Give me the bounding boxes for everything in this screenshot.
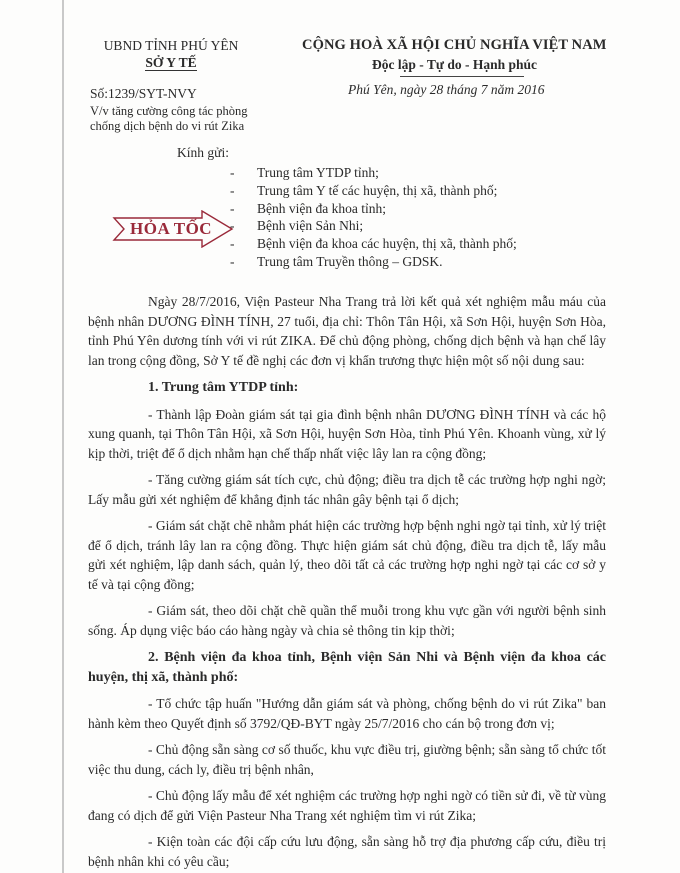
recipient-list: -Trung tâm YTDP tỉnh;-Trung tâm Y tế các… <box>230 164 517 271</box>
recipient-item: -Trung tâm YTDP tỉnh; <box>230 164 517 182</box>
list-dash: - <box>230 182 257 200</box>
section-item: - Thành lập Đoàn giám sát tại gia đình b… <box>88 405 606 464</box>
document-number: Số:1239/SYT-NVY <box>90 86 197 102</box>
addressee-label: Kính gửi: <box>177 145 229 161</box>
list-dash: - <box>230 164 257 182</box>
place-date: Phú Yên, ngày 28 tháng 7 năm 2016 <box>348 82 545 98</box>
document-subject: V/v tăng cường công tác phòng chống dịch… <box>90 104 247 134</box>
issuing-department: SỞ Y TẾ <box>90 55 252 71</box>
section-item: - Tổ chức tập huấn "Hướng dẫn giám sát v… <box>88 694 606 733</box>
recipient-item: -Bệnh viện đa khoa các huyện, thị xã, th… <box>230 235 517 253</box>
intro-paragraph: Ngày 28/7/2016, Viện Pasteur Nha Trang t… <box>88 292 606 370</box>
list-dash: - <box>230 217 257 235</box>
list-dash: - <box>230 200 257 218</box>
urgent-stamp: HỎA TỐC <box>112 210 234 248</box>
motto-underline <box>400 76 524 77</box>
section-heading: 1. Trung tâm YTDP tỉnh: <box>88 378 606 398</box>
section-heading: 2. Bệnh viện đa khoa tỉnh, Bệnh viện Sản… <box>88 648 606 687</box>
section-item: - Chủ động sẵn sàng cơ số thuốc, khu vực… <box>88 740 606 779</box>
section-item: - Giám sát, theo dõi chặt chẽ quần thể m… <box>88 601 606 640</box>
recipient-item: -Trung tâm Y tế các huyện, thị xã, thành… <box>230 182 517 200</box>
recipient-item: -Bệnh viện đa khoa tỉnh; <box>230 200 517 218</box>
national-title: CỘNG HOÀ XÃ HỘI CHỦ NGHĨA VIỆT NAM <box>302 37 607 54</box>
list-dash: - <box>230 235 257 253</box>
document-body: Ngày 28/7/2016, Viện Pasteur Nha Trang t… <box>88 292 606 871</box>
issuing-authority: UBND TỈNH PHÚ YÊN <box>90 38 252 54</box>
recipient-item: -Trung tâm Truyền thông – GDSK. <box>230 253 517 271</box>
scan-edge-line <box>62 0 64 873</box>
section-item: - Chủ động lấy mẫu để xét nghiệm các trư… <box>88 786 606 825</box>
issuer-block: UBND TỈNH PHÚ YÊN SỞ Y TẾ <box>90 38 252 71</box>
section-item: - Tăng cường giám sát tích cực, chủ động… <box>88 470 606 509</box>
list-dash: - <box>230 253 257 271</box>
stamp-text: HỎA TỐC <box>130 219 212 239</box>
section-item: - Giám sát chặt chẽ nhằm phát hiện các t… <box>88 516 606 594</box>
national-motto: Độc lập - Tự do - Hạnh phúc <box>372 57 537 73</box>
sections: 1. Trung tâm YTDP tỉnh:- Thành lập Đoàn … <box>88 378 606 871</box>
section-item: - Kiện toàn các đội cấp cứu lưu động, sẵ… <box>88 832 606 871</box>
recipient-item: -Bệnh viện Sản Nhi; <box>230 217 517 235</box>
